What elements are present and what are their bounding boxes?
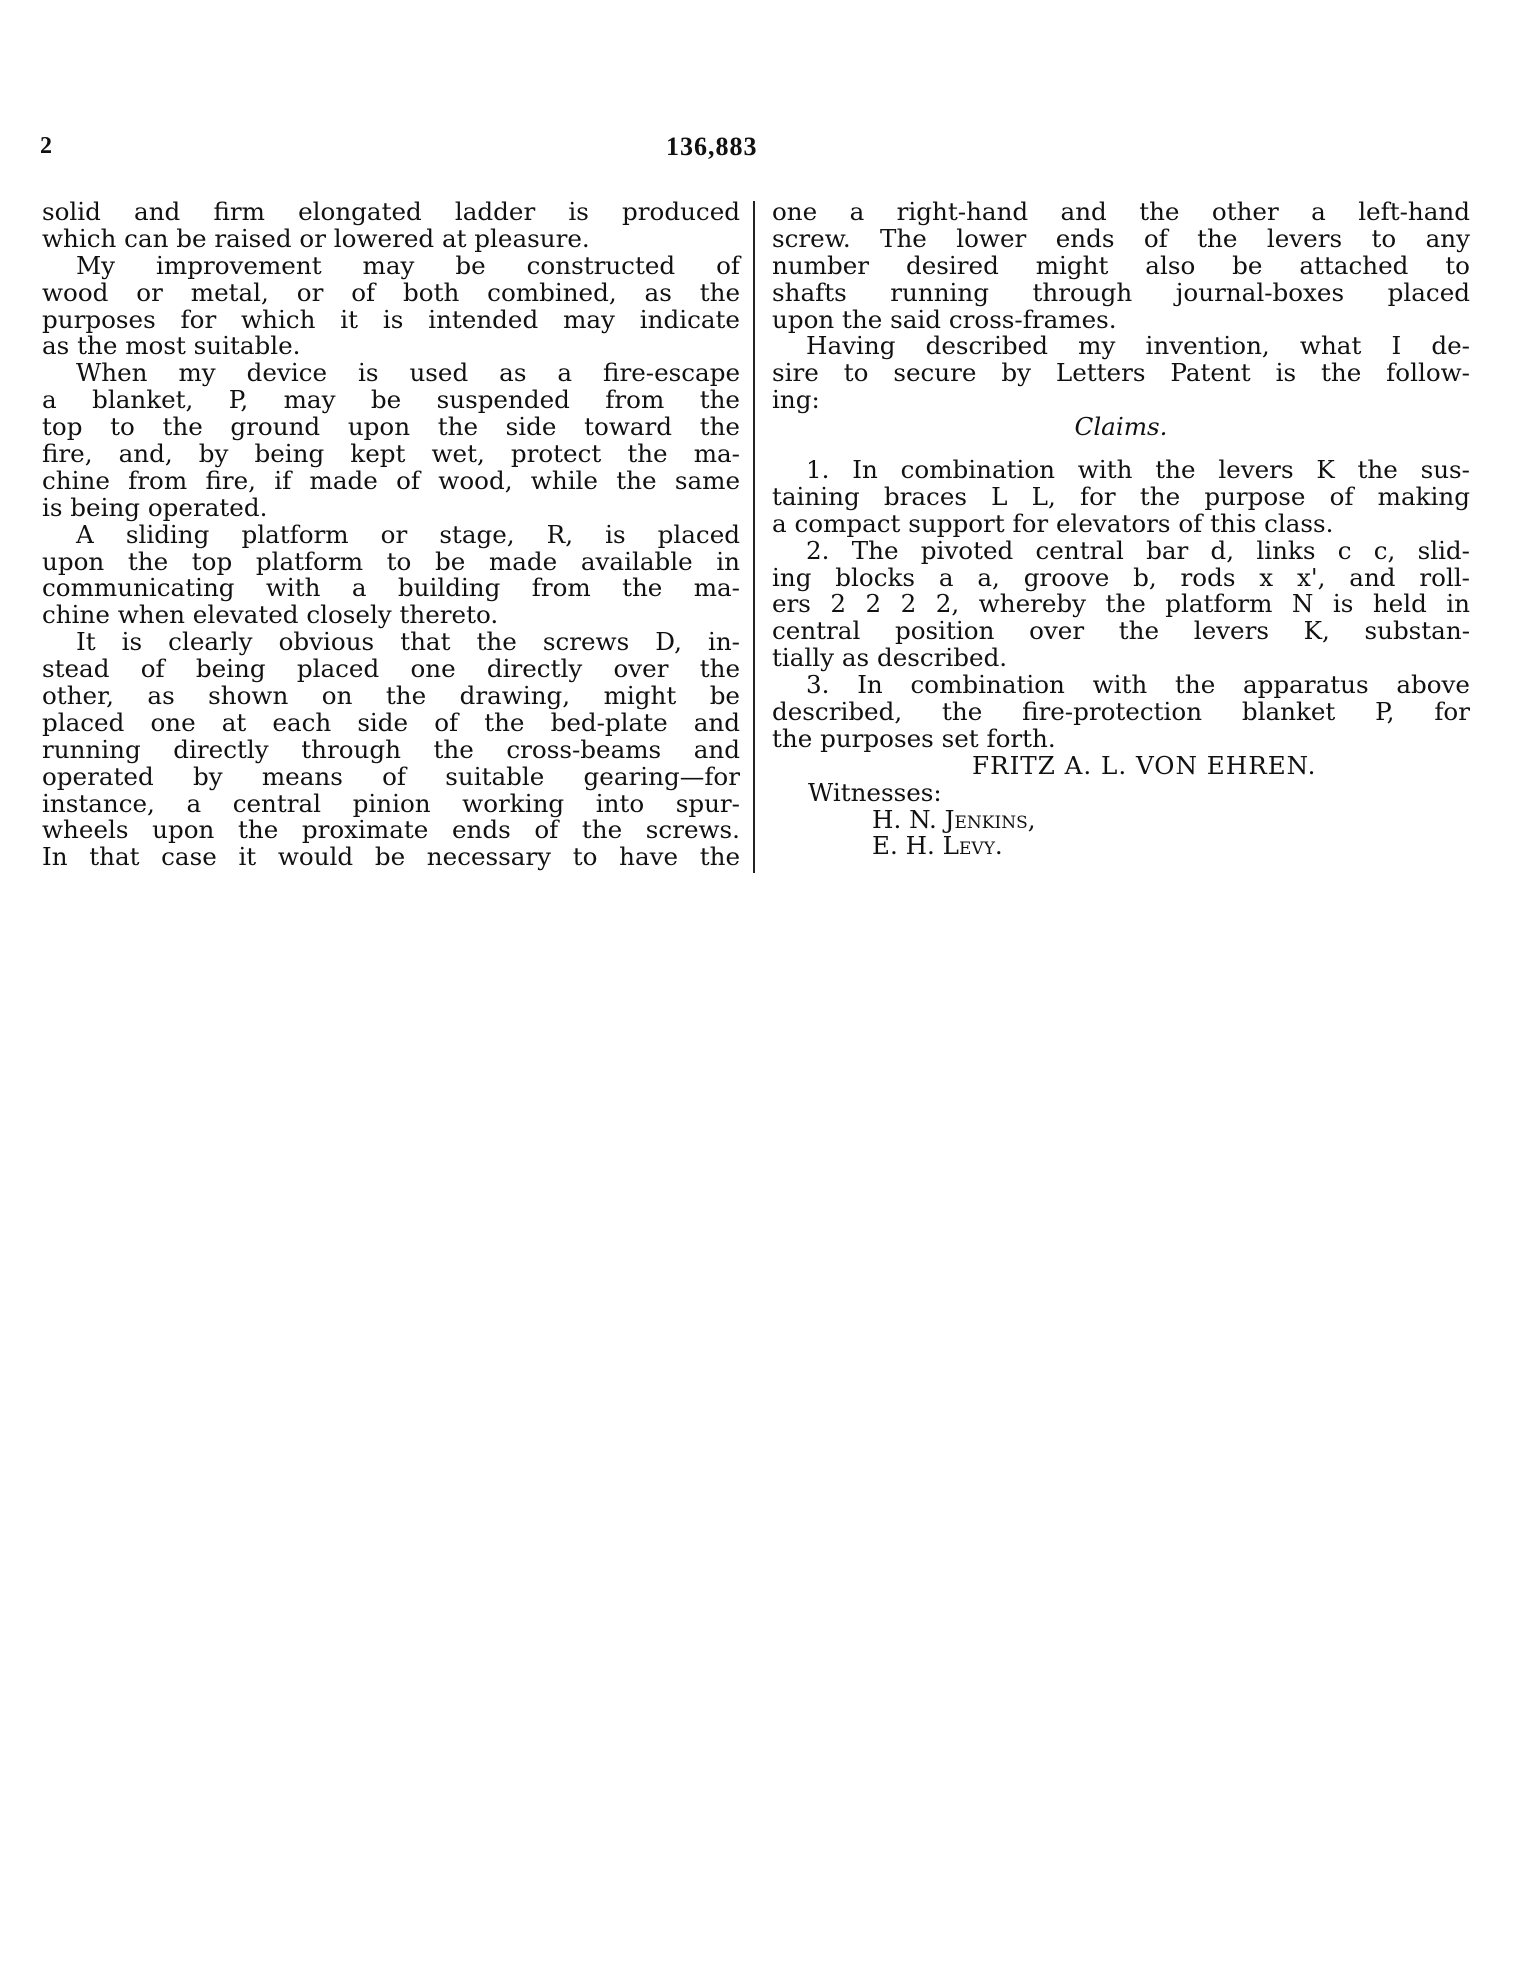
right-column: one a right-hand and the other a left-ha… <box>772 199 1470 860</box>
text-line: wheels upon the proximate ends of the sc… <box>42 817 740 844</box>
text-line: upon the top platform to be made availab… <box>42 549 740 576</box>
text-line: solid and firm elongated ladder is produ… <box>42 199 740 226</box>
text-line: A sliding platform or stage, R, is place… <box>42 522 740 549</box>
text-line: screw. The lower ends of the levers to a… <box>772 226 1470 253</box>
claim-line: ing blocks a a, groove b, rods x x', and… <box>772 565 1470 592</box>
text-line: In that case it would be necessary to ha… <box>42 844 740 871</box>
witness-name: H. N. Jenkins, <box>772 807 1470 834</box>
column-divider <box>753 201 755 873</box>
text-line: purposes for which it is intended may in… <box>42 307 740 334</box>
text-line: upon the said cross-frames. <box>772 307 1470 334</box>
text-line: which can be raised or lowered at pleasu… <box>42 226 740 253</box>
text-line: When my device is used as a fire-escape <box>42 360 740 387</box>
text-line: operated by means of suitable gearing—fo… <box>42 764 740 791</box>
text-line: one a right-hand and the other a left-ha… <box>772 199 1470 226</box>
text-line: running directly through the cross-beams… <box>42 737 740 764</box>
text-line: Having described my invention, what I de… <box>772 333 1470 360</box>
text-line: My improvement may be constructed of <box>42 253 740 280</box>
text-line: other, as shown on the drawing, might be <box>42 683 740 710</box>
text-line: sire to secure by Letters Patent is the … <box>772 360 1470 387</box>
claim-line: described, the fire-protection blanket P… <box>772 699 1470 726</box>
claim-line: tially as described. <box>772 645 1470 672</box>
text-line: It is clearly obvious that the screws D,… <box>42 629 740 656</box>
text-line: communicating with a building from the m… <box>42 575 740 602</box>
text-line: chine when elevated closely thereto. <box>42 602 740 629</box>
witnesses-label: Witnesses: <box>772 780 1470 807</box>
text-line: shafts running through journal-boxes pla… <box>772 280 1470 307</box>
claim-line: central position over the levers K, subs… <box>772 618 1470 645</box>
claim-line: ers 2 2 2 2, whereby the platform N is h… <box>772 591 1470 618</box>
text-line: wood or metal, or of both combined, as t… <box>42 280 740 307</box>
text-line: placed one at each side of the bed-plate… <box>42 710 740 737</box>
text-line: top to the ground upon the side toward t… <box>42 414 740 441</box>
claim-line: 3. In combination with the apparatus abo… <box>772 672 1470 699</box>
text-line: chine from fire, if made of wood, while … <box>42 468 740 495</box>
claim-line: a compact support for elevators of this … <box>772 511 1470 538</box>
text-line: number desired might also be attached to <box>772 253 1470 280</box>
claim-line: taining braces L L, for the purpose of m… <box>772 484 1470 511</box>
patent-number: 136,883 <box>666 132 758 162</box>
inventor-signature: FRITZ A. L. VON EHREN. <box>772 753 1470 780</box>
text-line: stead of being placed one directly over … <box>42 656 740 683</box>
claims-heading: Claims. <box>772 414 1470 441</box>
text-line: instance, a central pinion working into … <box>42 791 740 818</box>
witness-name: E. H. Levy. <box>772 833 1470 860</box>
claim-line: 1. In combination with the levers K the … <box>772 457 1470 484</box>
page-number: 2 <box>40 133 52 160</box>
text-line: fire, and, by being kept wet, protect th… <box>42 441 740 468</box>
text-line: is being operated. <box>42 495 740 522</box>
claim-line: 2. The pivoted central bar d, links c c,… <box>772 538 1470 565</box>
text-line: ing: <box>772 387 1470 414</box>
text-line: a blanket, P, may be suspended from the <box>42 387 740 414</box>
text-line: as the most suitable. <box>42 333 740 360</box>
claim-line: the purposes set forth. <box>772 726 1470 753</box>
left-column: solid and firm elongated ladder is produ… <box>42 199 740 871</box>
